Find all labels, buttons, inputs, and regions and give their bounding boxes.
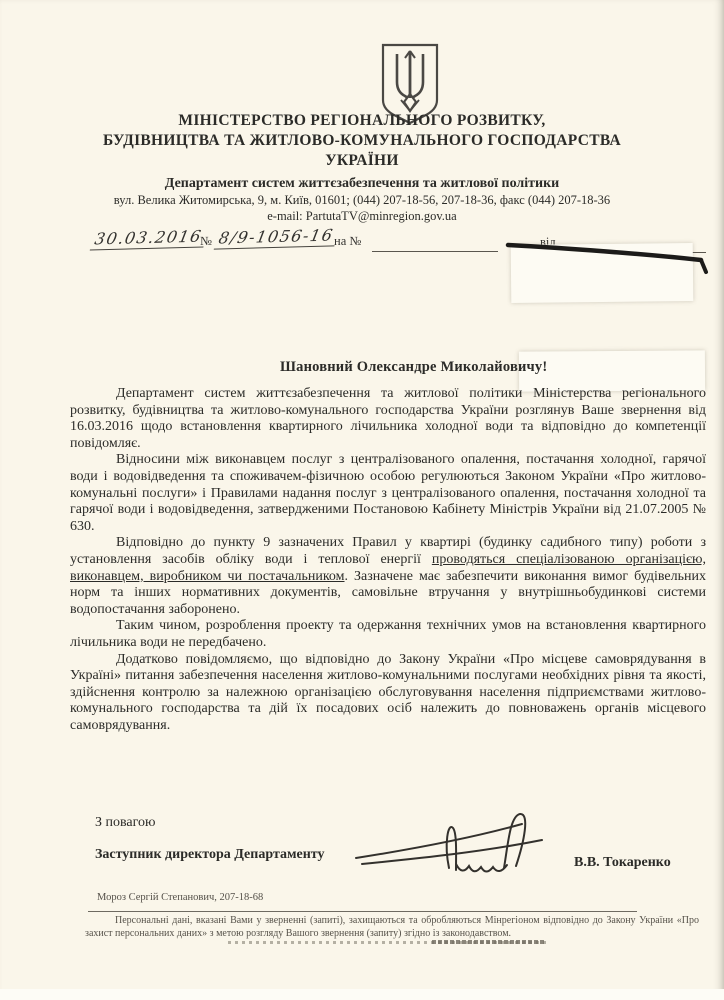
redaction-pen-stroke <box>505 236 717 278</box>
outgoing-date-handwritten: 30.03.2016 <box>92 228 205 249</box>
ministry-line2: БУДІВНИЦТВА ТА ЖИТЛОВО-КОМУНАЛЬНОГО ГОСП… <box>20 131 704 151</box>
reply-to-label: на № <box>334 234 361 249</box>
number-sign: № <box>200 234 212 249</box>
scanned-letter-page: МІНІСТЕРСТВО РЕГІОНАЛЬНОГО РОЗВИТКУ, БУД… <box>0 0 724 1000</box>
ministry-name: МІНІСТЕРСТВО РЕГІОНАЛЬНОГО РОЗВИТКУ, БУД… <box>20 111 704 171</box>
email-line: e-mail: PartutaTV@minregion.gov.ua <box>20 209 704 224</box>
address-line: вул. Велика Житомирська, 9, м. Київ, 016… <box>20 193 704 208</box>
scan-noise-band-dark <box>432 940 544 944</box>
salutation: Шановний Олександре Миколайовичу! <box>280 359 547 376</box>
reply-number-blank <box>372 237 498 252</box>
footer-note: Персональні дані, вказані Вами у звернен… <box>85 915 699 940</box>
handwritten-signature <box>352 806 557 892</box>
letter-body: Департамент систем життєзабезпечення та … <box>70 386 706 734</box>
signer-name: В.В. Токаренко <box>574 855 671 871</box>
paragraph-3: Відповідно до пункту 9 зазначених Правил… <box>70 535 706 618</box>
closing-phrase: З повагою <box>95 815 156 831</box>
paragraph-2: Відносини між виконавцем послуг з центра… <box>70 452 706 535</box>
paragraph-5: Додатково повідомляємо, що відповідно до… <box>70 652 706 735</box>
signer-title: Заступник директора Департаменту <box>95 847 325 863</box>
paragraph-1: Департамент систем життєзабезпечення та … <box>70 386 706 452</box>
paragraph-4: Таким чином, розроблення проекту та одер… <box>70 618 706 651</box>
ministry-line3: УКРАЇНИ <box>20 151 704 171</box>
ministry-line1: МІНІСТЕРСТВО РЕГІОНАЛЬНОГО РОЗВИТКУ, <box>20 111 704 131</box>
outgoing-number-handwritten: 8/9-1056-16 <box>216 227 336 248</box>
executor-contact: Мороз Сергій Степанович, 207-18-68 <box>97 892 263 903</box>
footer-divider <box>88 911 637 912</box>
scan-bottom-strip <box>0 989 724 1000</box>
department-name: Департамент систем життєзабезпечення та … <box>20 176 704 192</box>
footer-note-text: Персональні дані, вказані Вами у звернен… <box>85 915 699 940</box>
